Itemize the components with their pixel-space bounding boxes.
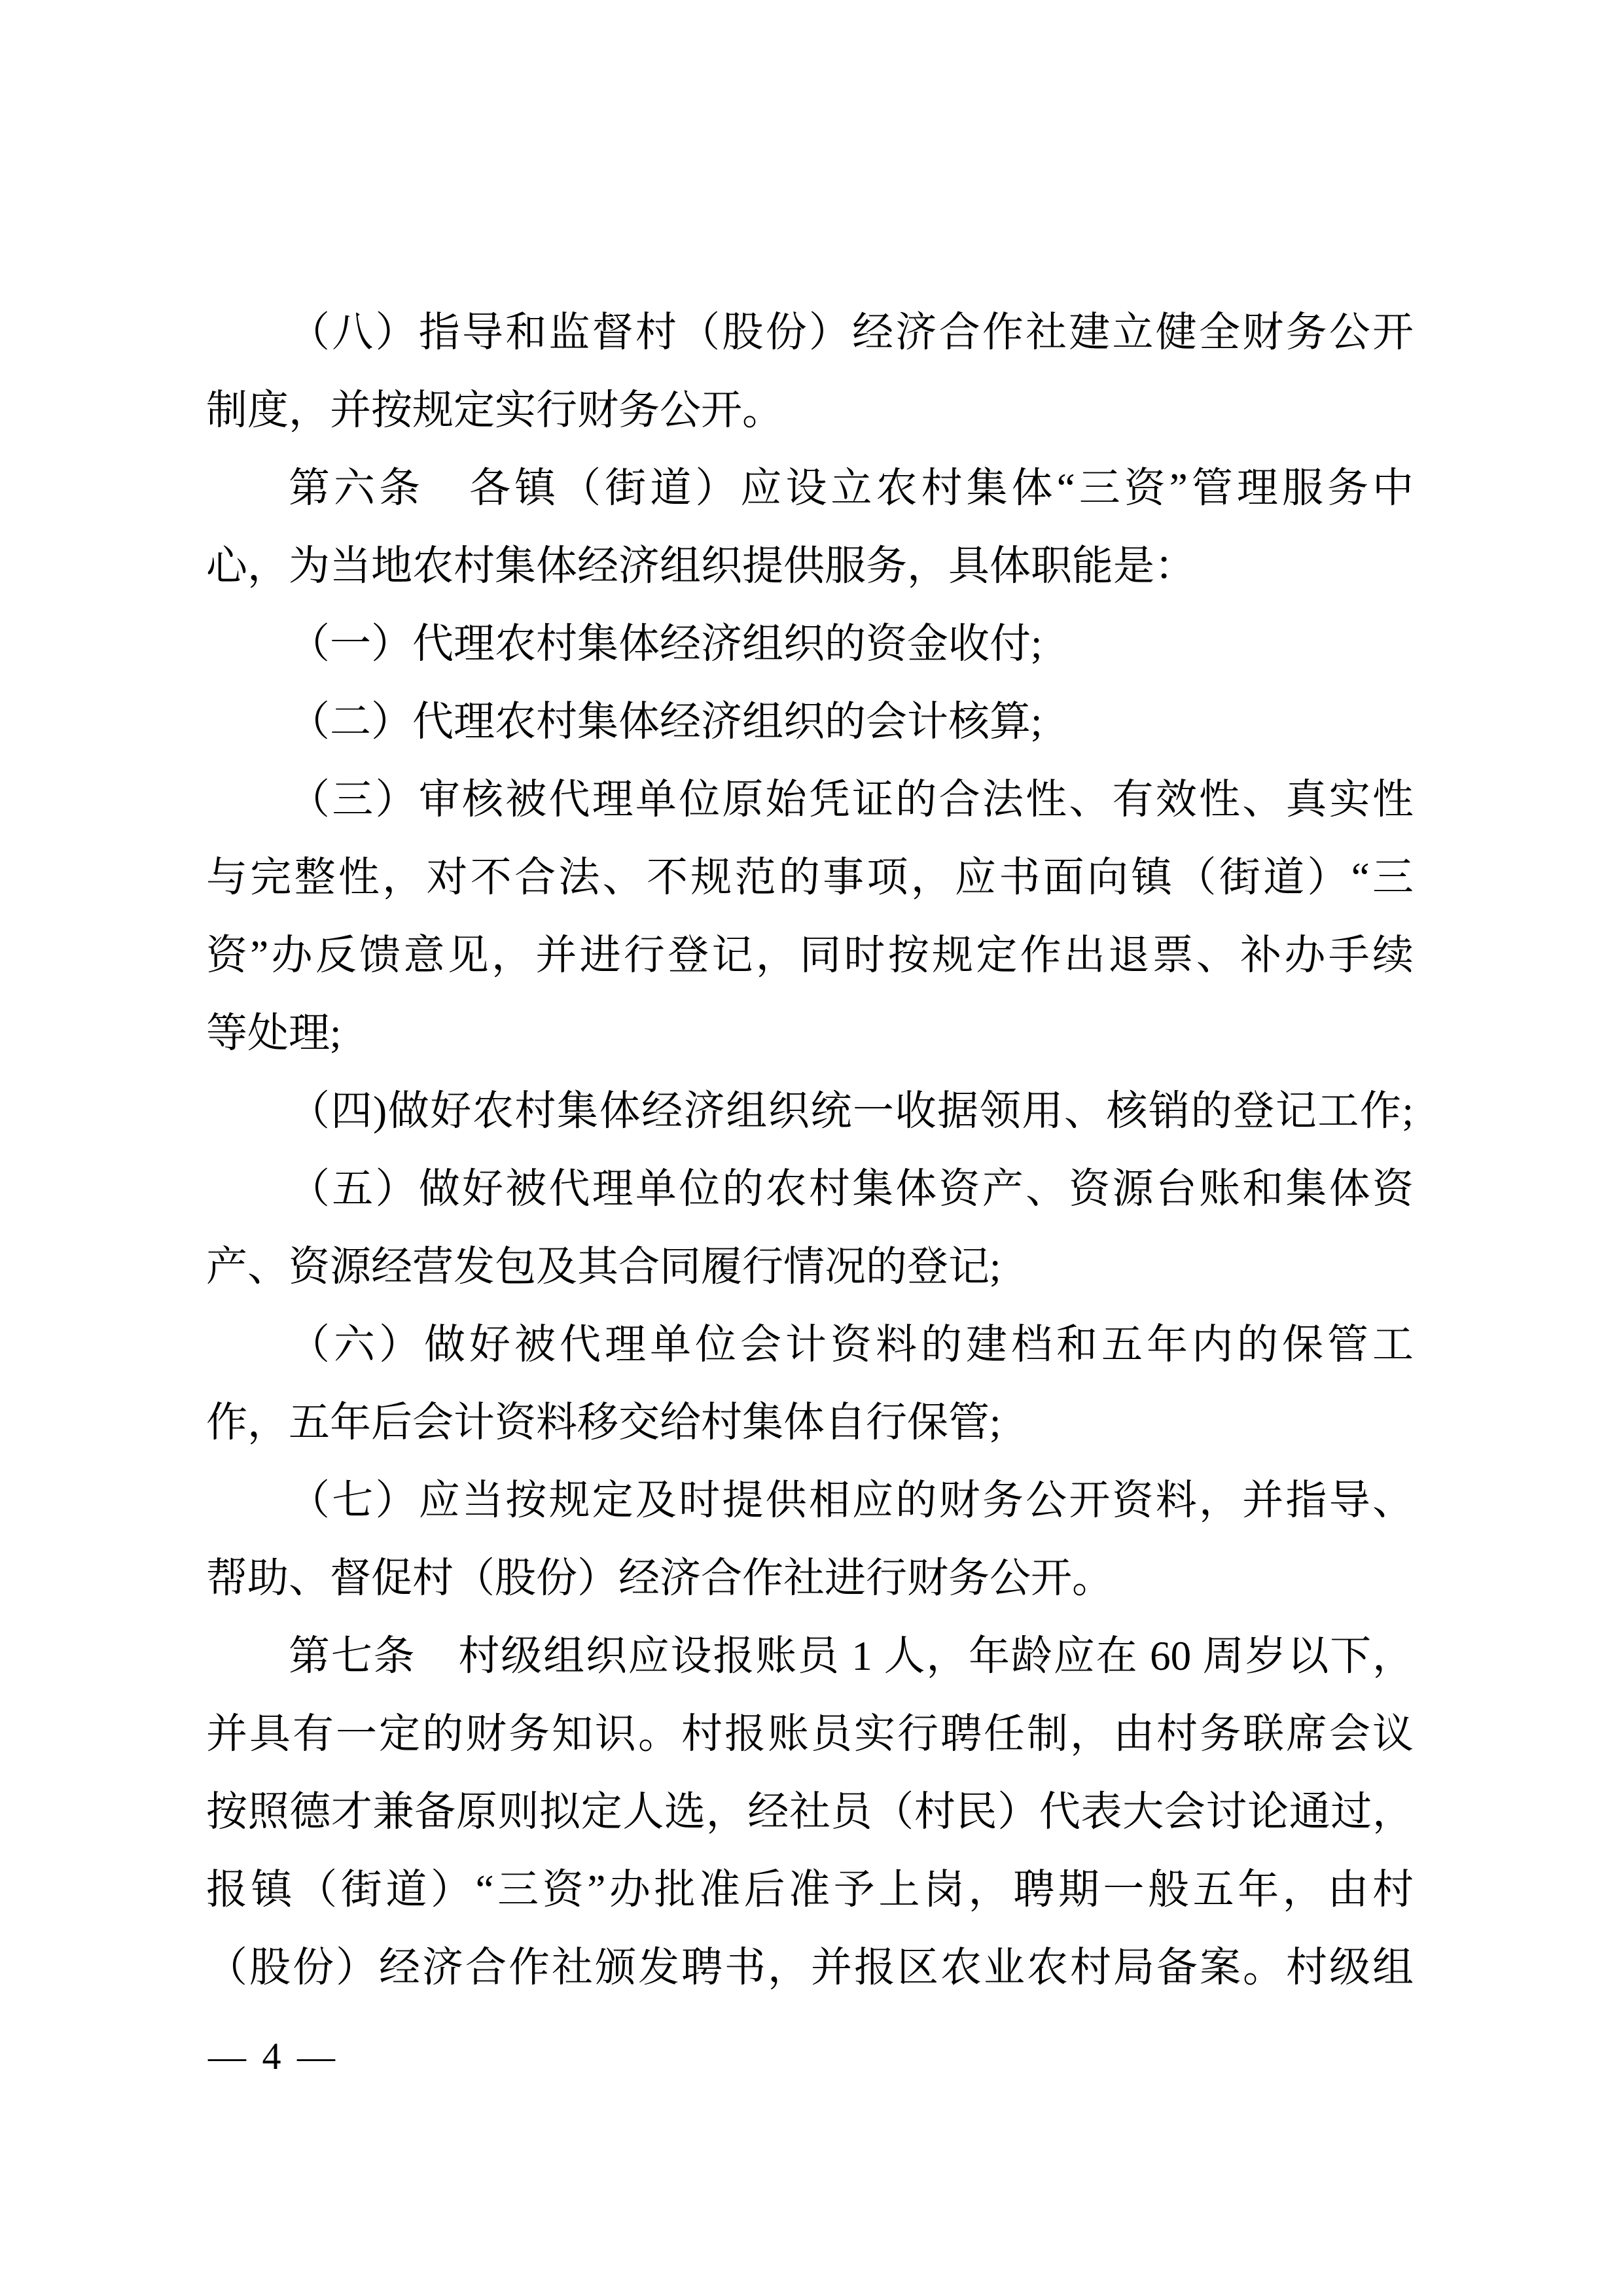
text-line: 帮助、督促村（股份）经济合作社进行财务公开。 (206, 1540, 1414, 1617)
text-line: （二）代理农村集体经济组织的会计核算; (206, 683, 1414, 761)
text-line: （三）审核被代理单位原始凭证的合法性、有效性、真实性 (206, 761, 1414, 839)
text-line: （一）代理农村集体经济组织的资金收付; (206, 605, 1414, 683)
document-page: （八）指导和监督村（股份）经济合作社建立健全财务公开制度，并按规定实行财务公开。… (0, 0, 1623, 2296)
text-line: 与完整性，对不合法、不规范的事项，应书面向镇（街道）“三 (206, 839, 1414, 917)
text-line: （七）应当按规定及时提供相应的财务公开资料，并指导、 (206, 1462, 1414, 1540)
text-line: 等处理; (206, 995, 1414, 1072)
document-body: （八）指导和监督村（股份）经济合作社建立健全财务公开制度，并按规定实行财务公开。… (206, 294, 1414, 2007)
text-line: 报镇（街道）“三资”办批准后准予上岗，聘期一般五年，由村 (206, 1851, 1414, 1929)
text-line: 第七条 村级组织应设报账员 1 人，年龄应在 60 周岁以下， (206, 1617, 1414, 1695)
text-line: 按照德才兼备原则拟定人选，经社员（村民）代表大会讨论通过， (206, 1773, 1414, 1851)
text-line: 资”办反馈意见，并进行登记，同时按规定作出退票、补办手续 (206, 917, 1414, 995)
text-line: （五）做好被代理单位的农村集体资产、资源台账和集体资 (206, 1150, 1414, 1228)
text-line: 心，为当地农村集体经济组织提供服务，具体职能是： (206, 527, 1414, 605)
text-line: （六）做好被代理单位会计资料的建档和五年内的保管工 (206, 1306, 1414, 1384)
text-line: （四)做好农村集体经济组织统一收据领用、核销的登记工作; (206, 1072, 1414, 1150)
text-line: （八）指导和监督村（股份）经济合作社建立健全财务公开 (206, 294, 1414, 372)
text-line: 作，五年后会计资料移交给村集体自行保管; (206, 1384, 1414, 1462)
text-line: 制度，并按规定实行财务公开。 (206, 372, 1414, 450)
page-number: — 4 — (208, 2036, 335, 2077)
text-line: 产、资源经营发包及其合同履行情况的登记; (206, 1228, 1414, 1306)
text-line: （股份）经济合作社颁发聘书，并报区农业农村局备案。村级组 (206, 1929, 1414, 2007)
text-line: 并具有一定的财务知识。村报账员实行聘任制，由村务联席会议 (206, 1695, 1414, 1773)
text-line: 第六条 各镇（街道）应设立农村集体“三资”管理服务中 (206, 450, 1414, 527)
